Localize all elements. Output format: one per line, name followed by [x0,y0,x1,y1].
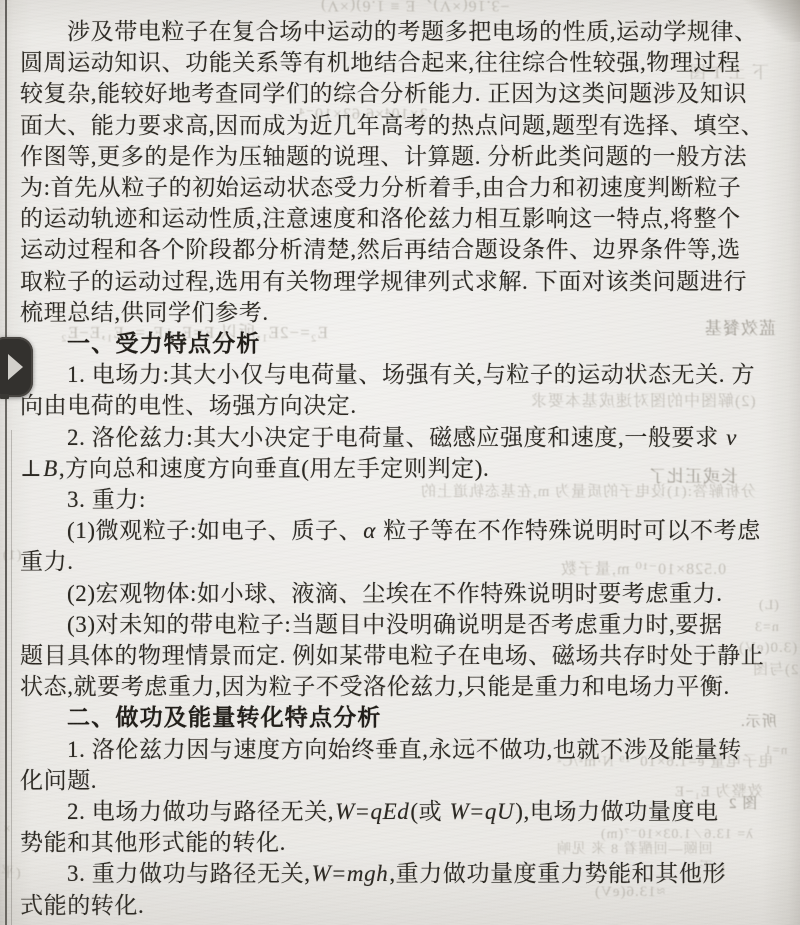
text-run: (或 [410,799,448,824]
formula-variable: v [725,425,738,450]
text-line: 向由电荷的电性、场强方向决定. [20,390,786,421]
text-line: 较复杂,能较好地考查同学们的综合分析能力. 正因为这类问题涉及知识 [20,78,786,109]
text-line: 面大、能力要求高,因而成为近几年高考的热点问题,题型有选择、填空、 [20,110,786,141]
text-run: 2. 洛伦兹力:其大小决定于电荷量、磁感应强度和速度,一般要求 [67,425,725,450]
text-line: 2. 电场力做功与路径无关,W=qEd(或 W=qU),电场力做功量度电 [20,796,786,827]
text-line: 式能的转化. [20,890,786,921]
formula-variable: qEd [370,799,411,824]
page-edge-line [5,0,7,925]
bleedthrough-text: (平 [0,862,21,882]
formula-variable: B [42,456,59,481]
formula-variable: mgh [346,861,389,886]
text-line: 的运动轨迹和运动性质,注意速度和洛伦兹力相互影响这一特点,将整个 [20,203,786,234]
text-run: (1)微观粒子:如电子、质子、 [67,518,362,543]
text-line: (2)宏观物体:如小球、液滴、尘埃在不作特殊说明时要考虑重力. [20,578,786,609]
text-run: = [332,861,346,886]
formula-variable: W [334,799,356,824]
section-heading: 二、做功及能量转化特点分析 [20,702,786,733]
formula-variable: W [311,861,333,886]
text-run: ),电场力做功量度电 [515,799,718,824]
text-column: 涉及带电粒子在复合场中运动的考题多把电场的性质,运动学规律、圆周运动知识、功能关… [20,16,786,921]
text-line: 3. 重力: [20,484,786,515]
text-line: 化问题. [20,765,786,796]
text-line: ⊥B,方向总和速度方向垂直(用左手定则判定). [20,453,786,484]
text-run: 粒子等在不作特殊说明时可以不考虑 [377,518,761,543]
text-line: 涉及带电粒子在复合场中运动的考题多把电场的性质,运动学规律、 [20,16,786,47]
text-line: 状态,就要考虑重力,因为粒子不受洛伦兹力,只能是重力和电场力平衡. [20,671,786,702]
bleedthrough-text: (1) [2,548,21,564]
text-run: ⊥ [20,456,42,481]
text-line: 作图等,更多的是作为压轴题的说理、计算题. 分析此类问题的一般方法 [20,141,786,172]
text-line: 3. 重力做功与路径无关,W=mgh,重力做功量度重力势能和其他形 [20,858,786,889]
text-line: 圆周运动知识、功能关系等有机地结合起来,往往综合性较强,物理过程 [20,47,786,78]
clip-triangle-icon [8,354,23,380]
text-line: 运动过程和各个阶段都分析清楚,然后再结合题设条件、边界条件等,选 [20,234,786,265]
text-line: 重力. [20,546,786,577]
formula-variable: qU [484,799,515,824]
text-run: = [356,799,370,824]
text-line: 2. 洛伦兹力:其大小决定于电荷量、磁感应强度和速度,一般要求 v [20,422,786,453]
section-heading: 一、受力特点分析 [20,328,786,359]
text-run: ,重力做功量度重力势能和其他形 [389,861,726,886]
bleedthrough-text: × [2,822,11,838]
text-line: 1. 洛伦兹力因与速度方向始终垂直,永远不做功,也就不涉及能量转 [20,734,786,765]
text-run: 2. 电场力做功与路径无关, [67,799,334,824]
edge-tick-mark [0,394,9,399]
text-line: 题目具体的物理情景而定. 例如某带电粒子在电场、磁场共存时处于静止 [20,640,786,671]
formula-variable: W [449,799,471,824]
text-line: 为:首先从粒子的初始运动状态受力分析着手,由合力和初速度判断粒子 [20,172,786,203]
text-line: (1)微观粒子:如电子、质子、α 粒子等在不作特殊说明时可以不考虑 [20,515,786,546]
scanned-book-page: −3.16(×V)、E ≡ 1.6)(×V)下 土 T 图3×10⁴×6.63×… [0,0,800,925]
text-line: 势能和其他形式能的转化. [20,827,786,858]
formula-variable: α [362,518,377,543]
text-line: 1. 电场力:其大小仅与电荷量、场强有关,与粒子的运动状态无关. 方 [20,359,786,390]
binder-clip [0,337,33,397]
text-run: = [470,799,484,824]
text-line: 梳理总结,供同学们参考. [20,297,786,328]
text-run: ,方向总和速度方向垂直(用左手定则判定). [59,456,489,481]
text-line: 取粒子的运动过程,选用有关物理学规律列式求解. 下面对该类问题进行 [20,266,786,297]
text-line: (3)对未知的带电粒子:当题目中没明确说明是否考虑重力时,要据 [20,609,786,640]
text-run: 3. 重力做功与路径无关, [67,861,311,886]
